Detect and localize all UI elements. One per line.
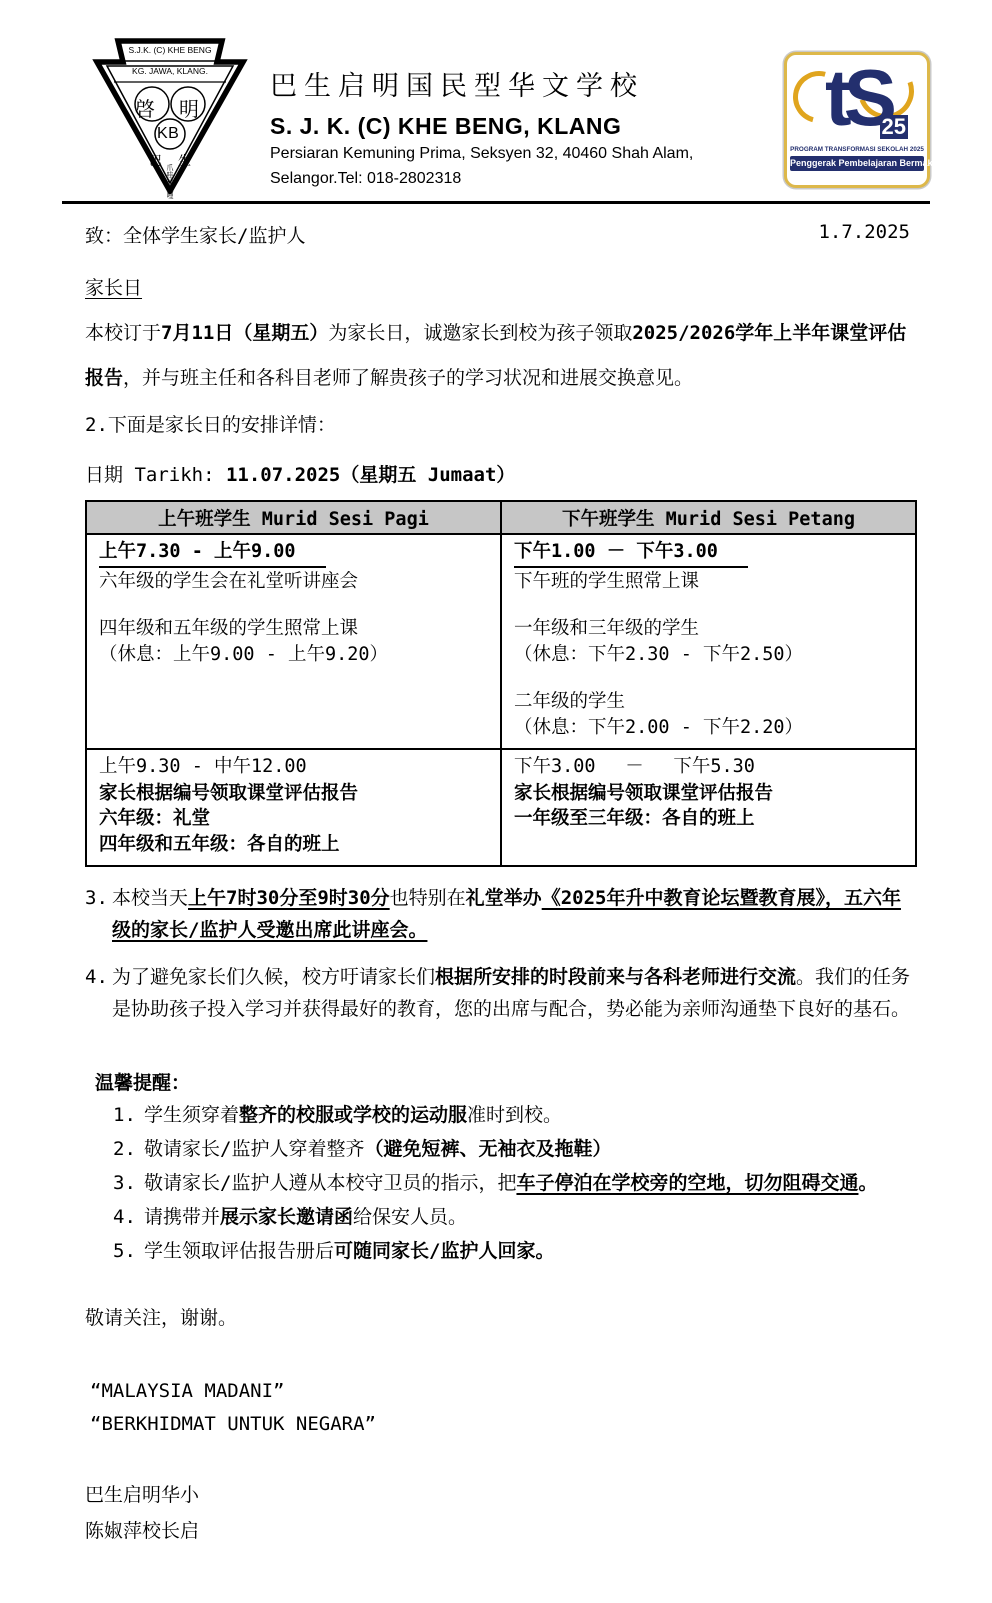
- rem3-run1: 敬请家长/监护人遵从本校守卫员的指示，把: [144, 1172, 516, 1194]
- ts25-logo: tS 25 PROGRAM TRANSFORMASI SEKOLAH 2025 …: [784, 52, 930, 188]
- intro-date-bold: 7月11日（星期五）: [161, 322, 328, 344]
- school-address-line2: Selangor.Tel: 018-2802318: [270, 169, 784, 190]
- paragraph-forum: 3. 本校当天上午7时30分至9时30分也特别在礼堂举办《2025年升中教育论坛…: [85, 882, 930, 946]
- forum-run1: 本校当天: [112, 887, 188, 909]
- meta-row: 致：全体学生家长/监护人 1.7.2025: [85, 221, 910, 248]
- event-date-line: 日期 Tarikh: 11.07.2025（星期五 Jumaat）: [85, 460, 930, 487]
- rem3-run2: 。: [858, 1172, 877, 1194]
- letterhead-text: 巴生启明国民型华文学校 S. J. K. (C) KHE BENG, KLANG…: [256, 38, 784, 190]
- schedule-header-row: 上午班学生 Murid Sesi Pagi 下午班学生 Murid Sesi P…: [86, 501, 916, 534]
- schedule-row-2: 上午9.30 - 中午12.00 家长根据编号领取课堂评估报告 六年级：礼堂 四…: [86, 749, 916, 866]
- slogan-berkhidmat: “BERKHIDMAT UNTUK NEGARA”: [90, 1413, 930, 1435]
- table-line: 四年级和五年级：各自的班上: [99, 832, 490, 858]
- reminder-item-4: 4. 请携带并展示家长邀请函给保安人员。: [113, 1204, 930, 1231]
- rem4-run1: 请携带并: [144, 1206, 220, 1228]
- table-line: （休息：下午2.00 - 下午2.20）: [514, 715, 905, 741]
- rem3-bold: 车子停泊在学校旁的空地，切勿阻碍交通: [516, 1172, 858, 1194]
- table-line: 一年级至三年级：各自的班上: [514, 806, 905, 832]
- header-divider: [62, 201, 930, 204]
- crest-vertical-text: 爪哇社八哩: [165, 164, 173, 199]
- crest-location: KG. JAWA, KLANG.: [84, 66, 256, 76]
- event-date-label: 日期 Tarikh:: [85, 464, 226, 486]
- blank-line: [514, 594, 905, 616]
- ts25-artwork: tS 25: [790, 59, 924, 143]
- table-line: 家长根据编号领取课堂评估报告: [514, 781, 905, 807]
- table-line: （休息：上午9.00 - 上午9.20）: [99, 642, 490, 668]
- table-line: 四年级和五年级的学生照常上课: [99, 616, 490, 642]
- paragraph-advice: 4. 为了避免家长们久候，校方吁请家长们根据所安排的时段前来与各科老师进行交流。…: [85, 961, 930, 1025]
- rem1-bold: 整齐的校服或学校的运动服: [239, 1104, 467, 1126]
- rem4-bold: 展示家长邀请函: [220, 1206, 353, 1228]
- crest-initials: KB: [157, 125, 179, 143]
- letter-date: 1.7.2025: [818, 221, 910, 248]
- crest-char-ming: 明: [179, 93, 199, 122]
- slogan-malaysia-madani: “MALAYSIA MADANI”: [90, 1380, 930, 1402]
- table-line: 二年级的学生: [514, 689, 905, 715]
- reminder-text: 请携带并展示家长邀请函给保安人员。: [144, 1204, 930, 1231]
- blank-line: [99, 594, 490, 616]
- cell-morning-early: 上午7.30 - 上午9.00 六年级的学生会在礼堂听讲座会 四年级和五年级的学…: [86, 534, 501, 749]
- school-crest-logo: S.J.K. (C) KHE BENG KG. JAWA, KLANG. 啓 明…: [84, 38, 256, 194]
- addressee: 致：全体学生家长/监护人: [85, 221, 305, 248]
- closing-thanks: 敬请关注，谢谢。: [85, 1303, 930, 1330]
- paragraph-number: 4.: [85, 961, 112, 1025]
- reminder-item-5: 5. 学生领取评估报告册后可随同家长/监护人回家。: [113, 1238, 930, 1265]
- crest-school-name-en: S.J.K. (C) KHE BENG: [84, 45, 256, 55]
- reminder-item-2: 2. 敬请家长/监护人穿着整齐（避免短裤、无袖衣及拖鞋）: [113, 1136, 930, 1163]
- rem2-bold: （避免短裤、无袖衣及拖鞋）: [364, 1138, 611, 1160]
- reminder-number: 3.: [113, 1170, 144, 1197]
- reminder-text: 学生须穿着整齐的校服或学校的运动服准时到校。: [144, 1102, 930, 1129]
- reminder-number: 4.: [113, 1204, 144, 1231]
- letterhead: S.J.K. (C) KHE BENG KG. JAWA, KLANG. 啓 明…: [84, 38, 930, 194]
- letter-page: S.J.K. (C) KHE BENG KG. JAWA, KLANG. 啓 明…: [0, 0, 992, 1603]
- forum-hall-bold: 礼堂举办: [466, 887, 542, 909]
- rem1-run1: 学生须穿着: [144, 1104, 239, 1126]
- reminder-item-3: 3. 敬请家长/监护人遵从本校守卫员的指示，把车子停泊在学校旁的空地，切勿阻碍交…: [113, 1170, 930, 1197]
- table-line: 家长根据编号领取课堂评估报告: [99, 781, 490, 807]
- table-line: 六年级的学生会在礼堂听讲座会: [99, 569, 490, 595]
- signature-school: 巴生启明华小: [85, 1480, 930, 1507]
- cell-afternoon-early: 下午1.00 － 下午3.00 下午班的学生照常上课 一年级和三年级的学生 （休…: [501, 534, 916, 749]
- table-line: 下午班的学生照常上课: [514, 569, 905, 595]
- advice-run1: 为了避免家长们久候，校方吁请家长们: [112, 966, 435, 988]
- time-range: 上午9.30 - 中午12.00: [99, 754, 490, 780]
- intro-paragraph: 本校订于7月11日（星期五）为家长日，诚邀家长到校为孩子领取2025/2026学…: [85, 311, 919, 401]
- blank-line: [514, 667, 905, 689]
- reminder-number: 1.: [113, 1102, 144, 1129]
- crest-char-qi: 啓: [135, 93, 155, 122]
- cell-afternoon-late: 下午3.00 － 下午5.30 家长根据编号领取课堂评估报告 一年级至三年级：各…: [501, 749, 916, 866]
- rem1-run2: 准时到校。: [467, 1104, 562, 1126]
- cell-morning-late: 上午9.30 - 中午12.00 家长根据编号领取课堂评估报告 六年级：礼堂 四…: [86, 749, 501, 866]
- arrangement-intro: 2.下面是家长日的安排详情：: [85, 410, 930, 437]
- intro-run3: ，并与班主任和各科目老师了解贵孩子的学习状况和进展交换意见。: [123, 367, 693, 389]
- time-range: 下午1.00 － 下午3.00: [514, 539, 748, 568]
- school-name-english: S. J. K. (C) KHE BENG, KLANG: [270, 113, 784, 140]
- intro-run1: 本校订于: [85, 322, 161, 344]
- reminder-text: 学生领取评估报告册后可随同家长/监护人回家。: [144, 1238, 930, 1265]
- rem2-run1: 敬请家长/监护人穿着整齐: [144, 1138, 364, 1160]
- time-range: 上午7.30 - 上午9.00: [99, 539, 326, 568]
- table-line: 六年级：礼堂: [99, 806, 490, 832]
- column-morning-session: 上午班学生 Murid Sesi Pagi: [86, 501, 501, 534]
- intro-run2: 为家长日，诚邀家长到校为孩子领取: [328, 322, 632, 344]
- ts25-program-text: PROGRAM TRANSFORMASI SEKOLAH 2025: [790, 146, 924, 153]
- reminder-text: 敬请家长/监护人穿着整齐（避免短裤、无袖衣及拖鞋）: [144, 1136, 930, 1163]
- paragraph-text: 为了避免家长们久候，校方吁请家长们根据所安排的时段前来与各科老师进行交流。我们的…: [112, 961, 917, 1025]
- reminder-text: 敬请家长/监护人遵从本校守卫员的指示，把车子停泊在学校旁的空地，切勿阻碍交通。: [144, 1170, 930, 1197]
- letter-title: 家长日: [85, 273, 142, 300]
- reminder-number: 5.: [113, 1238, 144, 1265]
- reminder-number: 2.: [113, 1136, 144, 1163]
- table-line: 一年级和三年级的学生: [514, 616, 905, 642]
- advice-bold: 根据所安排的时段前来与各科老师进行交流: [435, 966, 796, 988]
- schedule-table: 上午班学生 Murid Sesi Pagi 下午班学生 Murid Sesi P…: [85, 500, 917, 867]
- ts25-number: 25: [880, 115, 908, 139]
- forum-time-bold: 上午7时30分至9时30分: [188, 887, 390, 909]
- forum-run2: 也特别在: [390, 887, 466, 909]
- time-range: 下午3.00 － 下午5.30: [514, 754, 905, 780]
- table-line: （休息：下午2.30 - 下午2.50）: [514, 642, 905, 668]
- ts25-motto-banner: Penggerak Pembelajaran Bermakna: [790, 156, 924, 171]
- reminder-title: 温馨提醒：: [95, 1068, 930, 1095]
- reminder-item-1: 1. 学生须穿着整齐的校服或学校的运动服准时到校。: [113, 1102, 930, 1129]
- rem4-run2: 给保安人员。: [353, 1206, 467, 1228]
- school-name-chinese: 巴生启明国民型华文学校: [270, 64, 784, 103]
- schedule-row-1: 上午7.30 - 上午9.00 六年级的学生会在礼堂听讲座会 四年级和五年级的学…: [86, 534, 916, 749]
- rem5-run1: 学生领取评估报告册后: [144, 1240, 334, 1262]
- column-afternoon-session: 下午班学生 Murid Sesi Petang: [501, 501, 916, 534]
- paragraph-text: 本校当天上午7时30分至9时30分也特别在礼堂举办《2025年升中教育论坛暨教育…: [112, 882, 917, 946]
- signature-principal: 陈婌萍校长启: [85, 1516, 930, 1543]
- event-date-value: 11.07.2025（星期五 Jumaat）: [226, 464, 515, 486]
- paragraph-number: 3.: [85, 882, 112, 946]
- school-address-line1: Persiaran Kemuning Prima, Seksyen 32, 40…: [270, 144, 784, 165]
- rem5-bold: 可随同家长/监护人回家。: [334, 1240, 554, 1262]
